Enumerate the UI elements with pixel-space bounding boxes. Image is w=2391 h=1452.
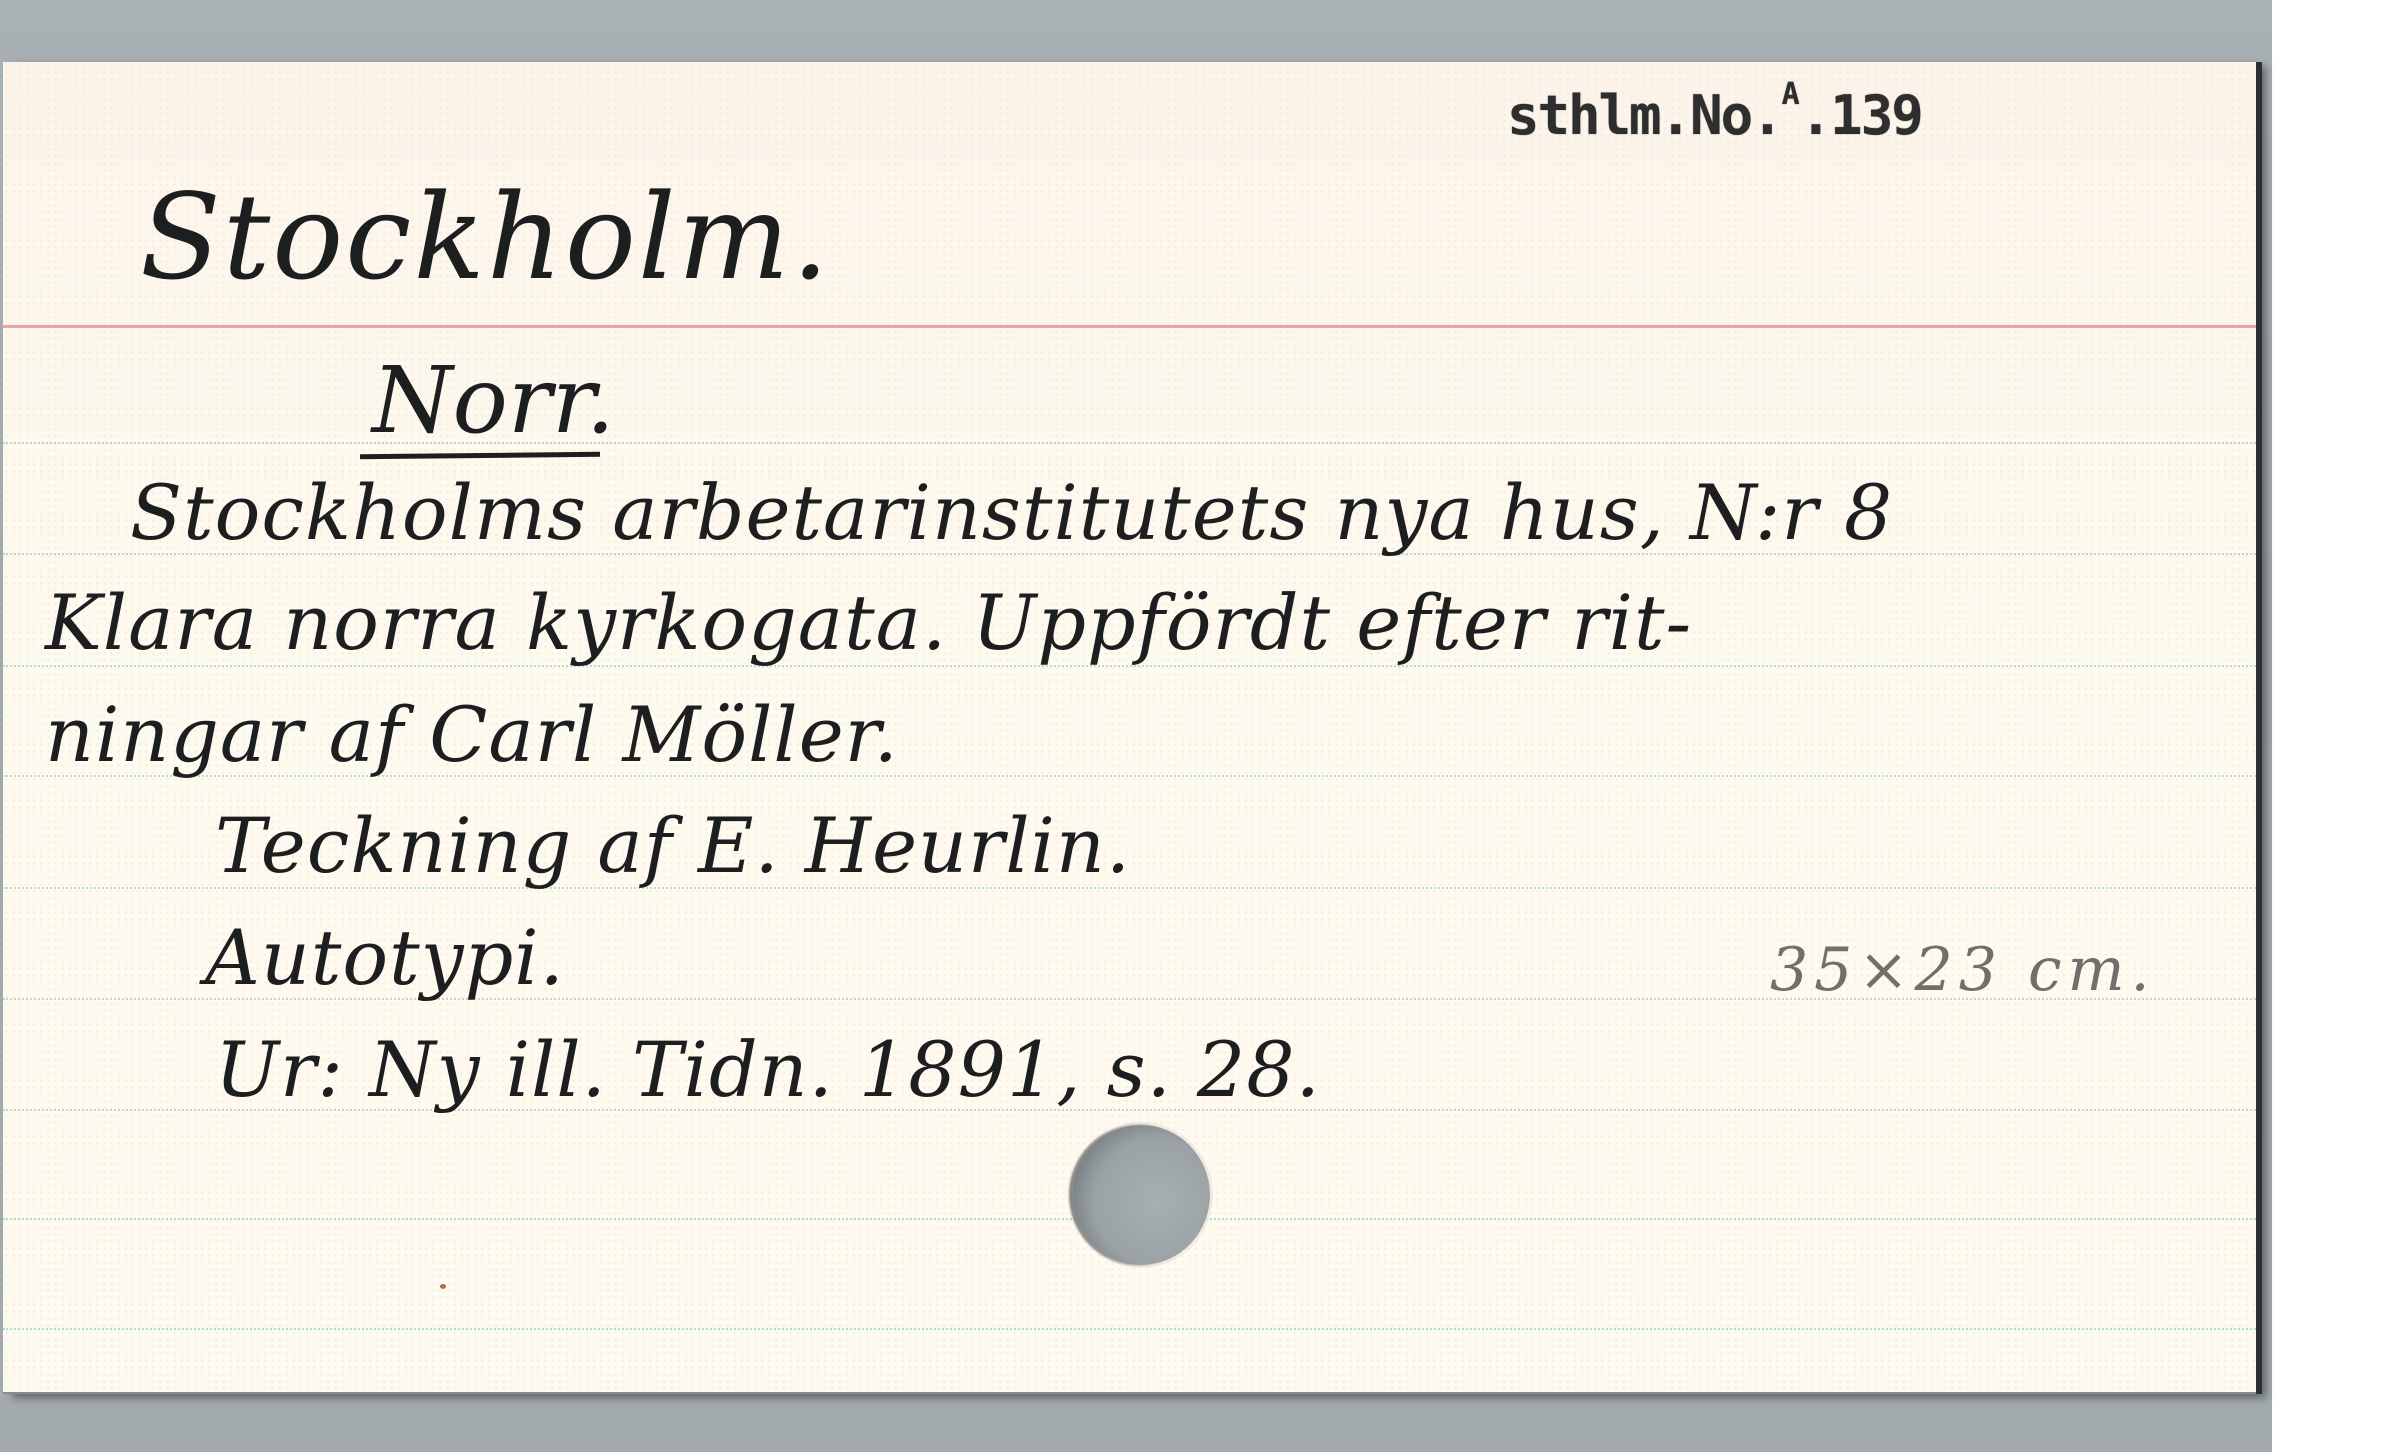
red-header-rule: [3, 325, 2256, 328]
description-line-1: Stockholms arbetarinstitutets nya hus, N…: [130, 475, 1893, 551]
description-line-2: Klara norra kyrkogata. Uppfördt efter ri…: [45, 585, 1692, 661]
drawing-credit-line: Teckning af E. Heurlin.: [215, 808, 1131, 884]
blue-rule: [3, 442, 2256, 444]
technique-line: Autotypi.: [205, 920, 565, 996]
stamp-series: A: [1782, 77, 1800, 112]
paper-speck: [440, 1284, 446, 1289]
stamp-number: .139: [1800, 84, 1922, 147]
card-heading: Stockholm.: [140, 178, 831, 296]
punch-hole: [1072, 1125, 1210, 1265]
catalog-number-stamp: sthlm.No.A.139: [1507, 84, 1922, 147]
dimensions-note: 35×23 cm.: [1770, 935, 2156, 1005]
description-line-3: ningar af Carl Möller.: [45, 697, 899, 773]
blue-rule: [3, 1328, 2256, 1330]
card-subheading: Norr.: [372, 355, 615, 447]
stamp-prefix: sthlm.No.: [1507, 84, 1782, 147]
source-line: Ur: Ny ill. Tidn. 1891, s. 28.: [215, 1032, 1321, 1108]
